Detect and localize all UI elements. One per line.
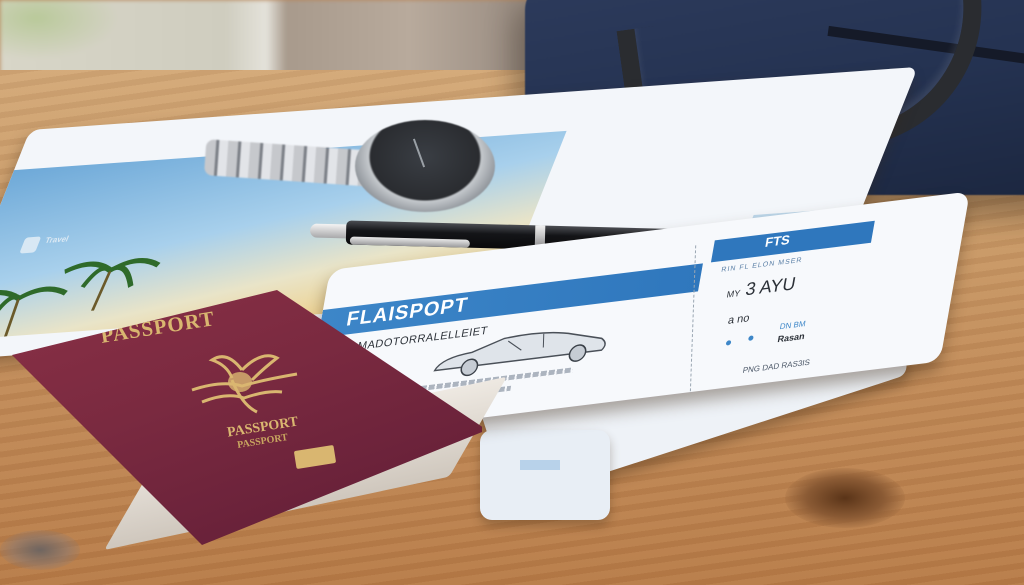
wood-knot bbox=[785, 468, 905, 528]
stub-main-value: MY 3 AYU bbox=[725, 273, 797, 302]
pen-clip bbox=[350, 237, 470, 248]
eagle-emblem-icon bbox=[172, 350, 312, 420]
passport-title: PASSPORT bbox=[99, 306, 217, 349]
stub-name: Rasan bbox=[777, 331, 806, 344]
brochure-logo-text: Travel bbox=[44, 234, 70, 245]
biometric-chip-icon bbox=[294, 445, 336, 469]
brochure-logo-icon bbox=[19, 236, 41, 253]
stub-footer: PNG DAD RAS3IS bbox=[742, 358, 811, 375]
stub-header-band bbox=[711, 221, 875, 263]
tertiary-ticket bbox=[480, 430, 610, 520]
passport-cover: PASSPORT PASSPORT PASSPORT bbox=[12, 290, 482, 545]
stub-sub-value: a no bbox=[727, 312, 751, 327]
passport: PASSPORT PASSPORT PASSPORT bbox=[12, 290, 482, 545]
travel-desk-scene: Travel FLAISPOPT FTS CAMADOTORRALELL bbox=[0, 0, 1024, 585]
stub-row: DN BM bbox=[779, 319, 806, 331]
